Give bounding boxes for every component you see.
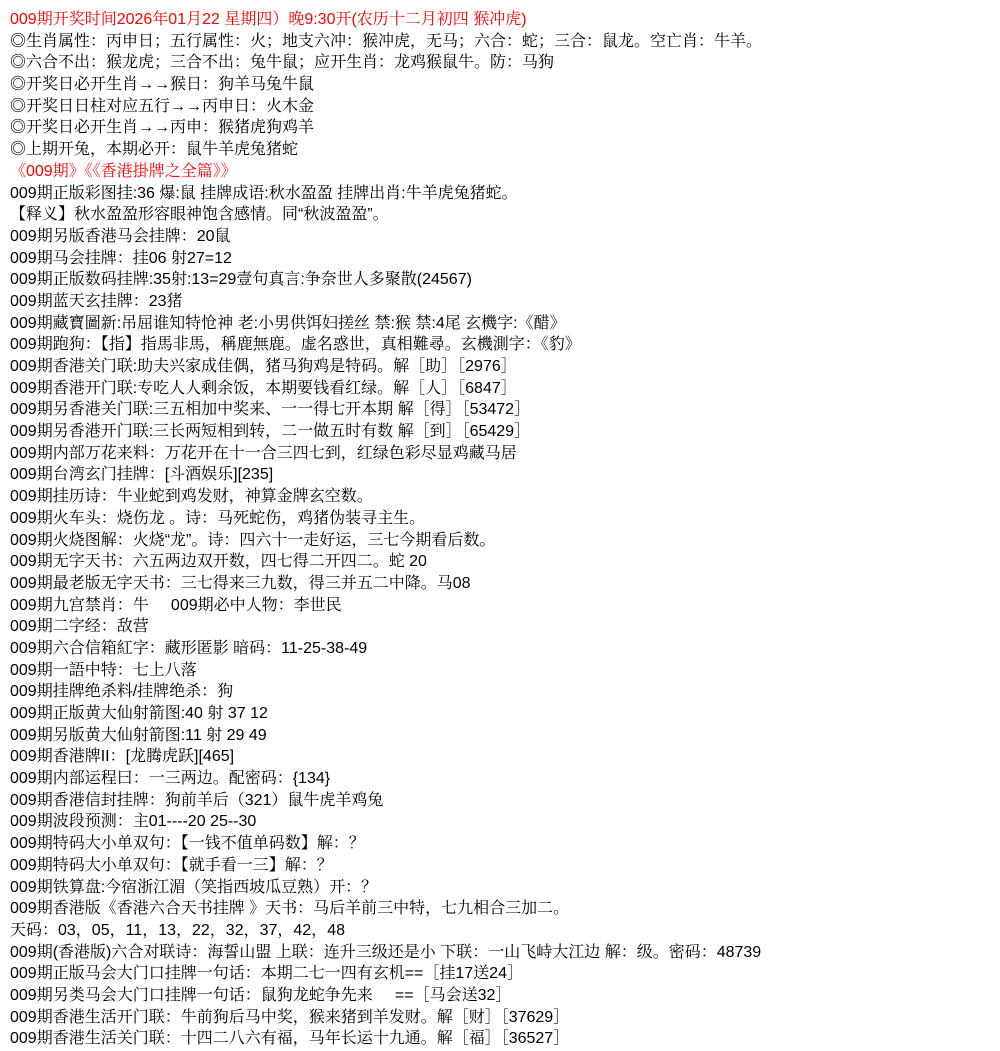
text-line-5: ◎开奖日日柱对应五行→→丙申日：火木金 xyxy=(10,96,994,118)
text-line-11: 009期另版香港马会挂牌：20鼠 xyxy=(10,226,994,248)
text-line-44: 009期(香港版)六合对联诗：海誓山盟 上联：连升三级还是小 下联：一山飞峙大江… xyxy=(10,942,994,964)
content: 009期开奖时间2026年01月22 星期四）晚9:30开(农历十二月初四 猴冲… xyxy=(10,9,994,1050)
text-line-36: 009期内部运程曰：一三两边。配密码：{134} xyxy=(10,768,994,790)
lottery-info-page: 009期开奖时间2026年01月22 星期四）晚9:30开(农历十二月初四 猴冲… xyxy=(0,0,1000,1051)
text-line-43: 天码：03，05，11，13，22，32，37，42，48 xyxy=(10,920,994,942)
text-line-47: 009期香港生活开门联：牛前狗后马中奖，猴来猪到羊发财。解［财］［37629］ xyxy=(10,1007,994,1029)
text-line-35: 009期香港牌II：[龙腾虎跃][465] xyxy=(10,746,994,768)
text-line-25: 009期火烧图解：火烧“龙”。诗：四六十一走好运，三七今期看后数。 xyxy=(10,530,994,552)
text-line-24: 009期火车头：烧伤龙 。诗：马死蛇伤，鸡猪伪装寻主生。 xyxy=(10,508,994,530)
text-line-12: 009期马会挂牌：挂06 射27=12 xyxy=(10,248,994,270)
text-line-8: 《009期》《《香港掛牌之全篇》》 xyxy=(10,161,994,183)
text-line-31: 009期一語中特：七上八落 xyxy=(10,660,994,682)
text-line-37: 009期香港信封挂牌：狗前羊后（321）鼠牛虎羊鸡兔 xyxy=(10,790,994,812)
text-line-34: 009期另版黄大仙射箭图:11 射 29 49 xyxy=(10,725,994,747)
text-line-6: ◎开奖日必开生肖→→丙申：猴猪虎狗鸡羊 xyxy=(10,117,994,139)
text-line-9: 009期正版彩图挂:36 爆:鼠 挂牌成语:秋水盈盈 挂牌出肖:牛羊虎兔猪蛇。 xyxy=(10,183,994,205)
text-line-45: 009期正版马会大门口挂牌一句话：本期二七一四有玄机==［挂17送24］ xyxy=(10,963,994,985)
text-line-19: 009期另香港关门联:三五相加中奖来、一一得七开本期 解［得］［53472］ xyxy=(10,399,994,421)
text-line-46: 009期另类马会大门口挂牌一句话：鼠狗龙蛇争先来 ==［马会送32］ xyxy=(10,985,994,1007)
text-line-13: 009期正版数码挂牌:35射:13=29壹句真言:争奈世人多聚散(24567) xyxy=(10,269,994,291)
text-line-21: 009期内部万花来料：万花开在十一合三四七到，红绿色彩尽显鸡藏马居 xyxy=(10,443,994,465)
text-line-38: 009期波段预测：主01----20 25--30 xyxy=(10,811,994,833)
text-line-41: 009期铁算盘:今宿浙江湄（笑指西坡瓜豆熟）开：？ xyxy=(10,877,994,899)
text-line-20: 009期另香港开门联:三长两短相到转，二一做五时有数 解［到］［65429］ xyxy=(10,421,994,443)
text-line-33: 009期正版黄大仙射箭图:40 射 37 12 xyxy=(10,703,994,725)
text-line-10: 【释义】秋水盈盈形容眼神饱含感情。同“秋波盈盈”。 xyxy=(10,204,994,226)
text-line-39: 009期特码大小单双句：【一钱不值单码数】解：？ xyxy=(10,833,994,855)
text-line-16: 009期跑狗：【指】指馬非馬，稱鹿無鹿。虚名惑世，真相難尋。玄機測字：《豹》 xyxy=(10,334,994,356)
text-line-28: 009期九宫禁肖：牛 009期必中人物：李世民 xyxy=(10,595,994,617)
text-line-18: 009期香港开门联:专吃人人剩余饭，本期要钱看红绿。解［人］［6847］ xyxy=(10,378,994,400)
text-line-14: 009期蓝天玄挂牌：23猪 xyxy=(10,291,994,313)
text-line-26: 009期无字天书：六五两边双开数，四七得二开四二。蛇 20 xyxy=(10,551,994,573)
text-line-22: 009期台湾玄门挂牌：[斗酒娱乐][235] xyxy=(10,464,994,486)
text-line-7: ◎上期开兔，本期必开：鼠牛羊虎兔猪蛇 xyxy=(10,139,994,161)
text-line-32: 009期挂牌绝杀料/挂牌绝杀：狗 xyxy=(10,681,994,703)
text-line-29: 009期二字经：敌营 xyxy=(10,616,994,638)
text-line-4: ◎开奖日必开生肖→→猴日：狗羊马兔牛鼠 xyxy=(10,74,994,96)
text-line-42: 009期香港版《香港六合天书挂牌 》天书：马后羊前三中特，七九相合三加二。 xyxy=(10,898,994,920)
text-line-40: 009期特码大小单双句：【就手看一三】解：？ xyxy=(10,855,994,877)
text-line-3: ◎六合不出：猴龙虎；三合不出：兔牛鼠；应开生肖：龙鸡猴鼠牛。防：马狗 xyxy=(10,52,994,74)
text-line-23: 009期挂历诗：牛业蛇到鸡发财，神算金牌玄空数。 xyxy=(10,486,994,508)
text-line-1: 009期开奖时间2026年01月22 星期四）晚9:30开(农历十二月初四 猴冲… xyxy=(10,9,994,31)
text-line-2: ◎生肖属性：丙申日；五行属性：火；地支六冲：猴冲虎，无马；六合：蛇；三合：鼠龙。… xyxy=(10,31,994,53)
text-line-15: 009期藏寶圖新:吊屈谁知特怆神 老:小男供饵妇搓丝 禁:猴 禁:4尾 玄機字:… xyxy=(10,313,994,335)
text-line-30: 009期六合信箱紅字：藏形匿影 暗码：11-25-38-49 xyxy=(10,638,994,660)
text-line-17: 009期香港关门联:助夫兴家成佳偶，猪马狗鸡是特码。解［助］［2976］ xyxy=(10,356,994,378)
text-line-27: 009期最老版无字天书：三七得来三九数，得三并五二中降。马08 xyxy=(10,573,994,595)
text-line-48: 009期香港生活关门联：十四二八六有福，马年长运十九通。解［福］［36527］ xyxy=(10,1028,994,1050)
